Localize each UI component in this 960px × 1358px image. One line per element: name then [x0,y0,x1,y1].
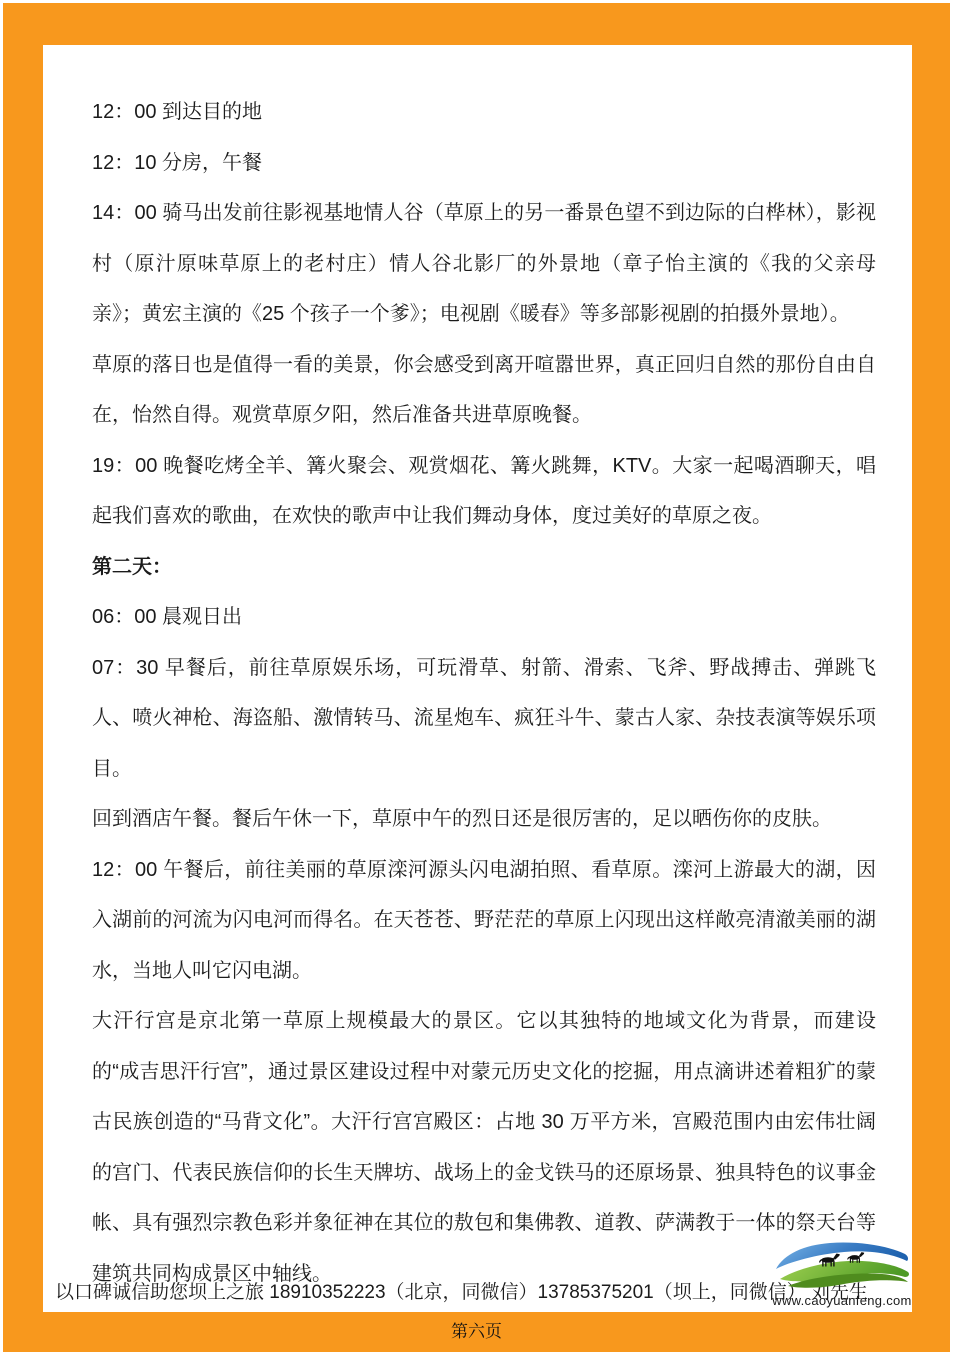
page-number: 第六页 [3,1317,950,1342]
document-page: 12：00 到达目的地 12：10 分房，午餐 14：00 骑马出发前往影视基地… [0,0,960,1358]
itinerary-paragraph: 回到酒店午餐。餐后午休一下，草原中午的烈日还是很厉害的，足以晒伤你的皮肤。 [92,794,876,845]
itinerary-paragraph: 19：00 晚餐吃烤全羊、篝火聚会、观赏烟花、篝火跳舞，KTV。大家一起喝酒聊天… [92,441,876,542]
itinerary-paragraph: 12：00 午餐后，前往美丽的草原滦河源头闪电湖拍照、看草原。滦河上游最大的湖，… [92,845,876,997]
itinerary-paragraph: 06：00 晨观日出 [92,592,876,643]
itinerary-paragraph: 12：10 分房，午餐 [92,138,876,189]
logo-website: www.caoyuanfeng.com [772,1293,912,1308]
itinerary-paragraph: 草原的落日也是值得一看的美景，你会感受到离开喧嚣世界，真正回归自然的那份自由自在… [92,340,876,441]
itinerary-paragraph: 12：00 到达目的地 [92,87,876,138]
grassland-brush-logo-icon [772,1241,912,1293]
day2-heading: 第二天： [92,542,876,593]
company-logo: www.caoyuanfeng.com [772,1241,912,1308]
itinerary-paragraph: 14：00 骑马出发前往影视基地情人谷（草原上的另一番景色望不到边际的白桦林），… [92,188,876,340]
itinerary-text: 12：00 到达目的地 12：10 分房，午餐 14：00 骑马出发前往影视基地… [92,87,876,1299]
itinerary-paragraph: 大汗行宫是京北第一草原上规模最大的景区。它以其独特的地域文化为背景，而建设的“成… [92,996,876,1299]
content-area: 12：00 到达目的地 12：10 分房，午餐 14：00 骑马出发前往影视基地… [43,45,912,1312]
itinerary-paragraph: 07：30 早餐后，前往草原娱乐场，可玩滑草、射箭、滑索、飞斧、野战搏击、弹跳飞… [92,643,876,795]
contact-line: 以口碑诚信助您坝上之旅 18910352223（北京，同微信）137853752… [55,1277,775,1304]
orange-frame: 12：00 到达目的地 12：10 分房，午餐 14：00 骑马出发前往影视基地… [3,3,950,1352]
